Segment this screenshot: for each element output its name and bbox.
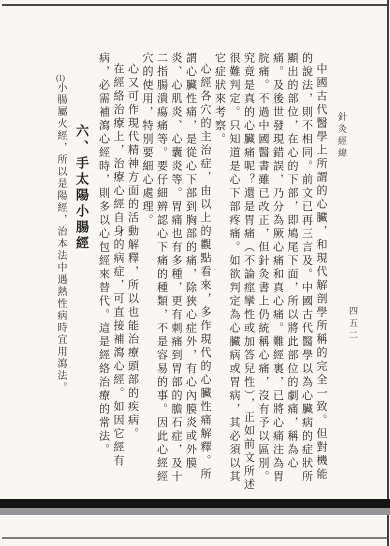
paragraph-2: 心經各穴的主治症，由以上的觀點看來，多作現代的心臟性痛解釋。所謂心臟性痛，是從心…	[140, 52, 213, 492]
scan-bottom-black-band	[0, 499, 390, 508]
footnote-text: 小腸屬火經，所以是陽經，治本法中遇熱性病時宜用瀉法。	[55, 82, 66, 394]
section-heading: 六、手太陽小腸經	[73, 52, 89, 492]
bottom-rule-line	[2, 537, 387, 539]
scan-bottom-gray-band	[0, 508, 390, 515]
page-number: 四五二	[347, 306, 360, 342]
top-rule-line	[2, 4, 387, 6]
main-text-block: 中國古代醫學上所謂的心臟，和現代解剖學所稱的完全一致。但對機能的說法，則不相同。…	[58, 52, 328, 492]
paragraph-1: 中國古代醫學上所謂的心臟，和現代解剖學所稱的完全一致。但對機能的說法，則不相同。…	[212, 52, 328, 492]
footnote-marker: (1)	[56, 74, 65, 82]
right-edge-line	[387, 0, 389, 546]
scanned-book-page: 針灸經緯 四五二 中國古代醫學上所謂的心臟，和現代解剖學所稱的完全一致。但對機能…	[0, 0, 390, 546]
paragraph-3: 心又可作現代精神方面的活動解釋，所以也能治療頭部的疾病。	[125, 52, 140, 492]
running-head-title: 針灸經緯	[336, 112, 349, 160]
footnote-1: (1)小腸屬火經，所以是陽經，治本法中遇熱性病時宜用瀉法。	[54, 52, 68, 492]
paragraph-4: 在經絡治療上，治療心經自身的病症，可直接補瀉心經。如因它經有病，必需補瀉心經時，…	[96, 52, 125, 492]
